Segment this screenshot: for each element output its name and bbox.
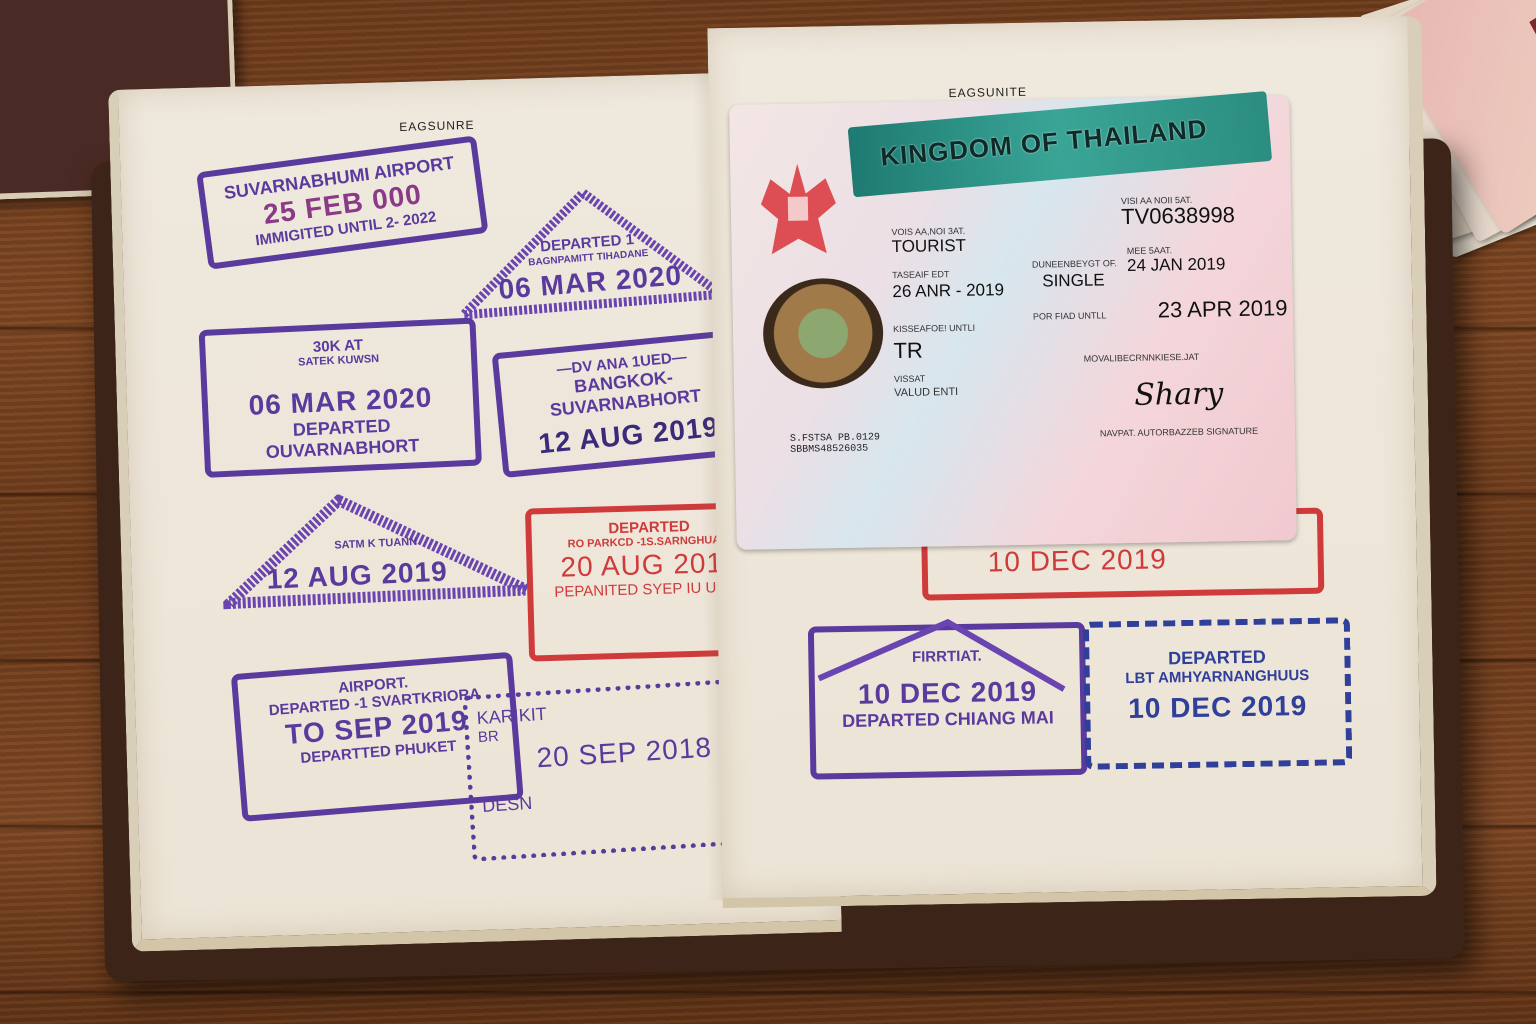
- triangle-border-icon: [808, 614, 1070, 759]
- visa-mrz: S.FSTSA PB.0129 SBBMS48526035: [790, 432, 880, 456]
- visa-signature-label: NAVPAT. AUTORBAZZEB SIGNATURE: [1100, 426, 1258, 439]
- stamp-aug-triangle: SATM K TUANN 12 AUG 2019: [219, 486, 534, 620]
- page-header: EAGSUNITE: [948, 85, 1027, 100]
- mrz-line: SBBMS48526035: [790, 443, 880, 456]
- stamp-date: 10 DEC 2019: [937, 541, 1308, 580]
- visa-number-value: TV0638998: [1121, 202, 1235, 230]
- page-header: EAGSUNRE: [399, 118, 475, 134]
- stamp-text: LBT AMHYARNANGHUUS: [1100, 666, 1335, 687]
- visa-date-value: 26 ANR - 2019: [892, 280, 1004, 302]
- stamp-departed-chiang-mai: FIRRTIAT. 10 DEC 2019 DEPARTED CHIANG MA…: [808, 622, 1088, 780]
- visa-remark-label: MOVALIBECRNNKIESE.JAT: [1084, 352, 1200, 364]
- stamp-blue-departed: DEPARTED LBT AMHYARNANGHUUS 10 DEC 2019: [1083, 617, 1353, 770]
- garuda-emblem-icon: [755, 158, 842, 269]
- visa-field-label: DUNEENBEYGT OF.: [1032, 258, 1117, 269]
- visa-category-value: TR: [893, 338, 923, 365]
- stamp-date: 10 DEC 2019: [1100, 689, 1336, 725]
- visa-expiry-value: 23 APR 2019: [1158, 295, 1288, 323]
- visa-valid-value: VALUD ENTI: [894, 386, 958, 399]
- visa-field-label: TASEAIF EDT: [892, 269, 950, 280]
- visa-issue-date-value: 24 JAN 2019: [1127, 254, 1226, 276]
- stamp-departed-phuket: AIRPORT. DEPARTED -1 SVARTKRIORA TO SEP …: [231, 652, 524, 822]
- visa-entries-value: SINGLE: [1042, 270, 1105, 291]
- stamp-departed-suvarnabhumi: 30K AT SATEK KUWSN 06 MAR 2020 DEPARTED …: [199, 318, 482, 478]
- visa-type-value: TOURIST: [891, 236, 966, 257]
- banknote-denomination: 50: [1519, 0, 1536, 70]
- visa-field-label: VISSAT: [894, 374, 926, 385]
- stamp-suvarnabhumi-arrival: SUVARNABHUMI AIRPORT 25 FEB 000 IMMIGITE…: [196, 135, 489, 270]
- stamp-departed-triangle: DEPARTED 1 BAGNPAMITT TIHADANE 06 MAR 20…: [448, 176, 728, 327]
- visa-field-label: KISSEAFOE! UNTLI: [893, 323, 975, 334]
- thailand-visa-sticker: KINGDOM OF THAILAND VOIS AA,NOI 3AT. TOU…: [729, 95, 1297, 550]
- visa-field-label: POR FIAD UNTLL: [1033, 310, 1107, 321]
- visa-seal-icon: [762, 277, 884, 389]
- visa-signature: Shary: [1134, 376, 1224, 413]
